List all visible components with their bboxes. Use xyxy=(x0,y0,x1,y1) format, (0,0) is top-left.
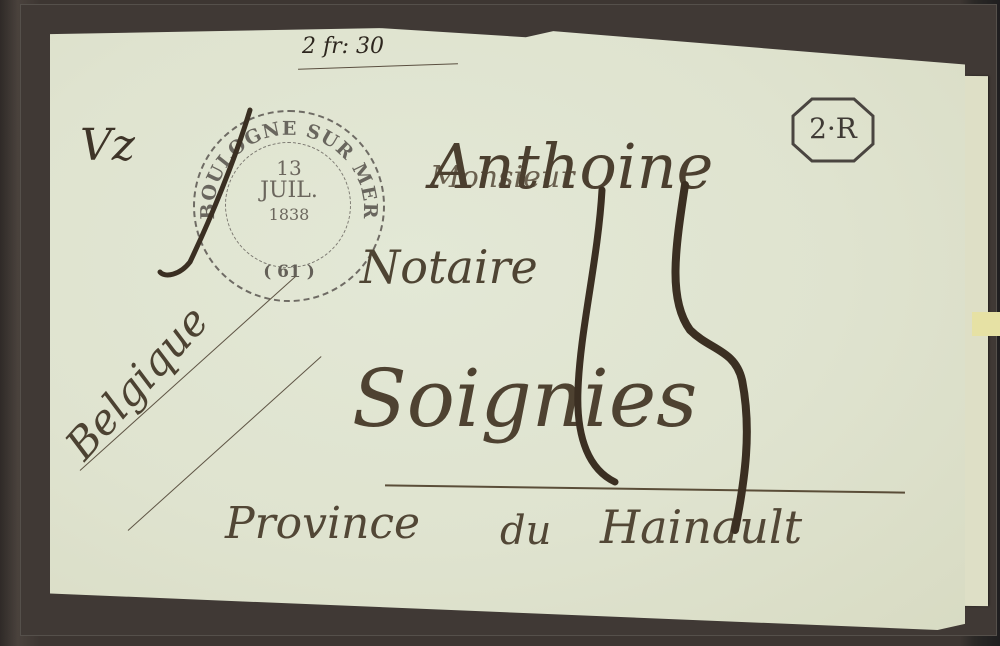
charge-mark-15 xyxy=(0,0,1000,646)
